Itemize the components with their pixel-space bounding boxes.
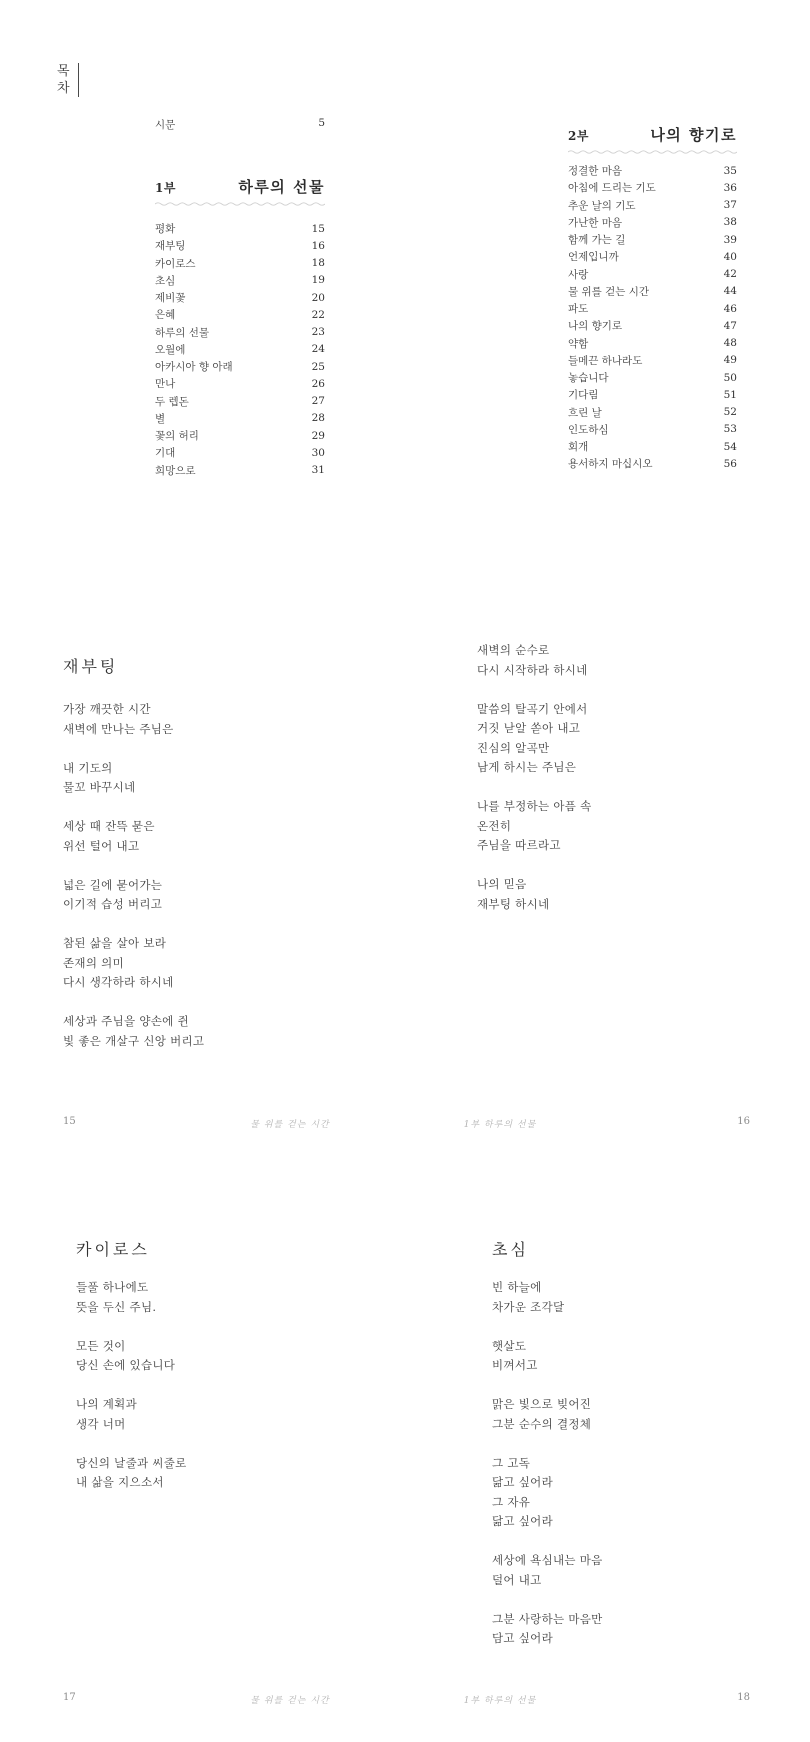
poem-line: 가장 깨끗한 시간 (63, 700, 393, 720)
poem-column-right: 빈 하늘에차가운 조각달햇살도비껴서고맑은 빛으로 빚어진그분 순수의 결정체그… (492, 1278, 810, 1668)
toc-preface-row: 시문 5 (155, 117, 325, 132)
toc-list: 정결한 마음35아침에 드리는 기도36추운 날의 기도37가난한 마음38함께… (568, 162, 737, 473)
footer-page-number-left: 17 (63, 1692, 76, 1703)
poem-line: 담고 싶어라 (492, 1629, 810, 1649)
poem-line: 내 삶을 지으소서 (76, 1473, 406, 1493)
toc-item: 오월에24 (155, 341, 325, 358)
poem-stanza: 햇살도비껴서고 (492, 1337, 810, 1376)
poem-line: 햇살도 (492, 1337, 810, 1357)
toc-item: 희망으로31 (155, 462, 325, 479)
toc-item: 파도46 (568, 300, 737, 317)
poem-line: 빈 하늘에 (492, 1278, 810, 1298)
toc-item-title: 나의 향기로 (568, 318, 622, 333)
toc-item: 만나26 (155, 375, 325, 392)
toc-item-title: 흐린 날 (568, 405, 602, 420)
toc-item-page: 29 (312, 430, 325, 442)
toc-item-page: 39 (724, 234, 737, 246)
poem-stanza: 세상 때 잔뜩 묻은위선 털어 내고 (63, 817, 393, 856)
toc-item: 사랑42 (568, 266, 737, 283)
toc-item-page: 30 (312, 447, 325, 459)
poem-line: 주님을 따르라고 (477, 836, 807, 856)
poem-line: 새벽의 순수로 (477, 641, 807, 661)
poem-line: 재부팅 하시네 (477, 895, 807, 915)
part-header: 1부 하루의 선물 (155, 176, 325, 197)
toc-item: 나의 향기로47 (568, 317, 737, 334)
toc-part-2: 2부 나의 향기로 정결한 마음35아침에 드리는 기도36추운 날의 기도37… (568, 124, 737, 473)
poem-line: 뜻을 두신 주님. (76, 1298, 406, 1318)
poem-column-right: 새벽의 순수로다시 시작하라 하시네말씀의 탈곡기 안에서거짓 낟알 쏟아 내고… (477, 641, 807, 934)
toc-item-page: 23 (312, 326, 325, 338)
toc-item: 아카시아 향 아래25 (155, 358, 325, 375)
toc-vertical-char: 목 (57, 63, 71, 80)
toc-item-title: 함께 가는 길 (568, 232, 625, 247)
toc-item-page: 35 (724, 165, 737, 177)
poem-line: 그 고독 (492, 1454, 810, 1474)
toc-item-title: 인도하심 (568, 422, 609, 437)
toc-item-title: 가난한 마음 (568, 215, 622, 230)
toc-item-page: 50 (724, 372, 737, 384)
poem-stanza: 나의 믿음재부팅 하시네 (477, 875, 807, 914)
poem-stanza: 나의 계획과생각 너머 (76, 1395, 406, 1434)
poem-stanza: 맑은 빛으로 빚어진그분 순수의 결정체 (492, 1395, 810, 1434)
poem-line: 넓은 길에 묻어가는 (63, 876, 393, 896)
toc-item: 가난한 마음38 (568, 214, 737, 231)
poem-line: 새벽에 만나는 주님은 (63, 720, 393, 740)
toc-item-page: 15 (312, 223, 325, 235)
poem-line: 진심의 알곡만 (477, 739, 807, 759)
toc-item: 추운 날의 기도37 (568, 197, 737, 214)
toc-item-page: 20 (312, 292, 325, 304)
toc-item-title: 하루의 선물 (155, 325, 209, 340)
toc-item-page: 54 (724, 441, 737, 453)
poem-line: 그분 순수의 결정체 (492, 1415, 810, 1435)
poem-title: 카이로스 (76, 1237, 150, 1260)
toc-item-page: 18 (312, 257, 325, 269)
toc-item-page: 19 (312, 274, 325, 286)
footer-running-title-right: 1부 하루의 선물 (420, 1693, 580, 1706)
poem-line: 다시 생각하라 하시네 (63, 973, 393, 993)
toc-item-page: 44 (724, 285, 737, 297)
toc-item-title: 아카시아 향 아래 (155, 359, 233, 374)
poem-line: 온전히 (477, 817, 807, 837)
toc-preface-title: 시문 (155, 117, 175, 132)
toc-item-page: 40 (724, 251, 737, 263)
toc-item: 약함48 (568, 335, 737, 352)
poem-line: 차가운 조각달 (492, 1298, 810, 1318)
toc-item-title: 아침에 드리는 기도 (568, 180, 656, 195)
poem-line: 들풀 하나에도 (76, 1278, 406, 1298)
toc-item-page: 22 (312, 309, 325, 321)
poem-line: 다시 시작하라 하시네 (477, 661, 807, 681)
toc-item: 회개54 (568, 438, 737, 455)
toc-item: 흐린 날52 (568, 404, 737, 421)
toc-item: 기다림51 (568, 386, 737, 403)
toc-vertical-char: 차 (57, 80, 71, 97)
toc-item-title: 별 (155, 411, 165, 426)
toc-item: 카이로스18 (155, 255, 325, 272)
toc-item-title: 파도 (568, 301, 588, 316)
toc-item-title: 놓습니다 (568, 370, 609, 385)
toc-vertical-label: 목 차 (57, 63, 79, 97)
toc-item-page: 25 (312, 361, 325, 373)
toc-item: 재부팅16 (155, 237, 325, 254)
part-number: 2부 (568, 127, 589, 144)
poem-title: 초심 (492, 1237, 529, 1260)
toc-item-title: 사랑 (568, 267, 588, 282)
book-preview-page: 목 차 시문 5 1부 하루의 선물 평화15재부팅16카이로스18초심19제비… (0, 0, 810, 1742)
poem-line: 말씀의 탈곡기 안에서 (477, 700, 807, 720)
toc-item-title: 오월에 (155, 342, 185, 357)
toc-item-title: 기다림 (568, 387, 598, 402)
toc-item-title: 카이로스 (155, 256, 196, 271)
poem-line: 남게 하시는 주님은 (477, 758, 807, 778)
toc-item: 놓습니다50 (568, 369, 737, 386)
part-number: 1부 (155, 179, 176, 196)
poem-line: 덜어 내고 (492, 1571, 810, 1591)
footer-running-title-left: 물 위를 걷는 시간 (210, 1693, 370, 1706)
poem-stanza: 들풀 하나에도뜻을 두신 주님. (76, 1278, 406, 1317)
poem-stanza: 세상과 주님을 양손에 쥔빛 좋은 개살구 신앙 버리고 (63, 1012, 393, 1051)
poem-line: 당신 손에 있습니다 (76, 1356, 406, 1376)
toc-item: 물 위를 걷는 시간44 (568, 283, 737, 300)
toc-item-title: 두 렙돈 (155, 394, 189, 409)
poem-line: 빛 좋은 개살구 신앙 버리고 (63, 1032, 393, 1052)
toc-item: 아침에 드리는 기도36 (568, 179, 737, 196)
toc-item-title: 제비꽃 (155, 290, 185, 305)
poem-line: 세상 때 잔뜩 묻은 (63, 817, 393, 837)
page-footer: 17 물 위를 걷는 시간 1부 하루의 선물 18 (0, 1692, 810, 1706)
toc-item-page: 52 (724, 406, 737, 418)
toc-part-1: 1부 하루의 선물 평화15재부팅16카이로스18초심19제비꽃20은혜22하루… (155, 176, 325, 479)
toc-item: 두 렙돈27 (155, 393, 325, 410)
toc-item-page: 56 (724, 458, 737, 470)
toc-item-page: 49 (724, 354, 737, 366)
toc-item: 들메끈 하나라도49 (568, 352, 737, 369)
footer-running-title-left: 물 위를 걷는 시간 (210, 1117, 370, 1130)
toc-item-page: 46 (724, 303, 737, 315)
toc-item-page: 37 (724, 199, 737, 211)
toc-item: 별28 (155, 410, 325, 427)
toc-item-page: 51 (724, 389, 737, 401)
toc-item-title: 정결한 마음 (568, 163, 622, 178)
toc-item-title: 희망으로 (155, 463, 196, 478)
toc-item-title: 기대 (155, 445, 175, 460)
toc-item: 평화15 (155, 220, 325, 237)
toc-preface-page: 5 (318, 117, 325, 132)
poem-stanza: 넓은 길에 묻어가는이기적 습성 버리고 (63, 876, 393, 915)
poem-line: 닮고 싶어라 (492, 1512, 810, 1532)
footer-page-number-left: 15 (63, 1116, 76, 1127)
poem-line: 나를 부정하는 아픔 속 (477, 797, 807, 817)
toc-item-title: 꽃의 허리 (155, 428, 199, 443)
footer-running-title-right: 1부 하루의 선물 (420, 1117, 580, 1130)
poem-line: 나의 믿음 (477, 875, 807, 895)
toc-item-page: 38 (724, 216, 737, 228)
wavy-divider (155, 202, 325, 206)
toc-item-title: 약함 (568, 336, 588, 351)
toc-item: 정결한 마음35 (568, 162, 737, 179)
toc-item-title: 은혜 (155, 307, 175, 322)
poem-column-left: 들풀 하나에도뜻을 두신 주님.모든 것이당신 손에 있습니다나의 계획과생각 … (76, 1278, 406, 1512)
toc-list: 평화15재부팅16카이로스18초심19제비꽃20은혜22하루의 선물23오월에2… (155, 220, 325, 479)
poem-line: 그분 사랑하는 마음만 (492, 1610, 810, 1630)
poem-stanza: 나를 부정하는 아픔 속온전히주님을 따르라고 (477, 797, 807, 856)
poem-line: 거짓 낟알 쏟아 내고 (477, 719, 807, 739)
poem-line: 이기적 습성 버리고 (63, 895, 393, 915)
toc-item: 용서하지 마십시오56 (568, 455, 737, 472)
poem-stanza: 그분 사랑하는 마음만담고 싶어라 (492, 1610, 810, 1649)
toc-item: 언제입니까40 (568, 248, 737, 265)
poem-line: 세상과 주님을 양손에 쥔 (63, 1012, 393, 1032)
toc-item: 함께 가는 길39 (568, 231, 737, 248)
poem-line: 비껴서고 (492, 1356, 810, 1376)
poem-line: 물꼬 바꾸시네 (63, 778, 393, 798)
poem-stanza: 세상에 욕심내는 마음덜어 내고 (492, 1551, 810, 1590)
page-footer: 15 물 위를 걷는 시간 1부 하루의 선물 16 (0, 1116, 810, 1130)
footer-page-number-right: 16 (737, 1116, 750, 1127)
toc-item-title: 초심 (155, 273, 175, 288)
poem-line: 그 자유 (492, 1493, 810, 1513)
poem-line: 참된 삶을 살아 보라 (63, 934, 393, 954)
poem-line: 존재의 의미 (63, 954, 393, 974)
poem-stanza: 내 기도의물꼬 바꾸시네 (63, 759, 393, 798)
toc-item-title: 들메끈 하나라도 (568, 353, 642, 368)
toc-item: 하루의 선물23 (155, 324, 325, 341)
toc-item: 제비꽃20 (155, 289, 325, 306)
poem-stanza: 모든 것이당신 손에 있습니다 (76, 1337, 406, 1376)
footer-page-number-right: 18 (737, 1692, 750, 1703)
toc-item: 기대30 (155, 444, 325, 461)
poem-column-left: 가장 깨끗한 시간새벽에 만나는 주님은내 기도의물꼬 바꾸시네세상 때 잔뜩 … (63, 700, 393, 1071)
poem-line: 내 기도의 (63, 759, 393, 779)
toc-item-page: 28 (312, 412, 325, 424)
toc-item: 꽃의 허리29 (155, 427, 325, 444)
toc-item-page: 53 (724, 423, 737, 435)
toc-item-page: 31 (312, 464, 325, 476)
poem-stanza: 빈 하늘에차가운 조각달 (492, 1278, 810, 1317)
poem-stanza: 참된 삶을 살아 보라존재의 의미다시 생각하라 하시네 (63, 934, 393, 993)
toc-item-page: 27 (312, 395, 325, 407)
part-header: 2부 나의 향기로 (568, 124, 737, 145)
poem-stanza: 그 고독닮고 싶어라그 자유닮고 싶어라 (492, 1454, 810, 1532)
toc-item-page: 48 (724, 337, 737, 349)
poem-line: 맑은 빛으로 빚어진 (492, 1395, 810, 1415)
toc-item-title: 언제입니까 (568, 249, 619, 264)
poem-line: 모든 것이 (76, 1337, 406, 1357)
toc-item: 인도하심53 (568, 421, 737, 438)
toc-item-page: 26 (312, 378, 325, 390)
toc-item-title: 만나 (155, 376, 175, 391)
toc-item: 은혜22 (155, 306, 325, 323)
poem-line: 닮고 싶어라 (492, 1473, 810, 1493)
toc-item-title: 용서하지 마십시오 (568, 456, 652, 471)
poem-line: 당신의 날줄과 씨줄로 (76, 1454, 406, 1474)
part-title: 하루의 선물 (238, 176, 325, 197)
toc-item-page: 36 (724, 182, 737, 194)
toc-item-page: 16 (312, 240, 325, 252)
poem-line: 나의 계획과 (76, 1395, 406, 1415)
toc-item-title: 재부팅 (155, 238, 185, 253)
poem-line: 위선 털어 내고 (63, 837, 393, 857)
toc-item-title: 회개 (568, 439, 588, 454)
poem-line: 생각 너머 (76, 1415, 406, 1435)
toc-item-title: 평화 (155, 221, 175, 236)
toc-item-page: 47 (724, 320, 737, 332)
toc-item-title: 추운 날의 기도 (568, 198, 636, 213)
toc-item: 초심19 (155, 272, 325, 289)
wavy-divider (568, 150, 737, 154)
toc-item-title: 물 위를 걷는 시간 (568, 284, 649, 299)
poem-stanza: 새벽의 순수로다시 시작하라 하시네 (477, 641, 807, 680)
poem-stanza: 가장 깨끗한 시간새벽에 만나는 주님은 (63, 700, 393, 739)
poem-title: 재부팅 (63, 654, 118, 677)
toc-item-page: 42 (724, 268, 737, 280)
part-title: 나의 향기로 (650, 124, 737, 145)
poem-line: 세상에 욕심내는 마음 (492, 1551, 810, 1571)
poem-stanza: 말씀의 탈곡기 안에서거짓 낟알 쏟아 내고진심의 알곡만남게 하시는 주님은 (477, 700, 807, 778)
poem-stanza: 당신의 날줄과 씨줄로내 삶을 지으소서 (76, 1454, 406, 1493)
toc-item-page: 24 (312, 343, 325, 355)
